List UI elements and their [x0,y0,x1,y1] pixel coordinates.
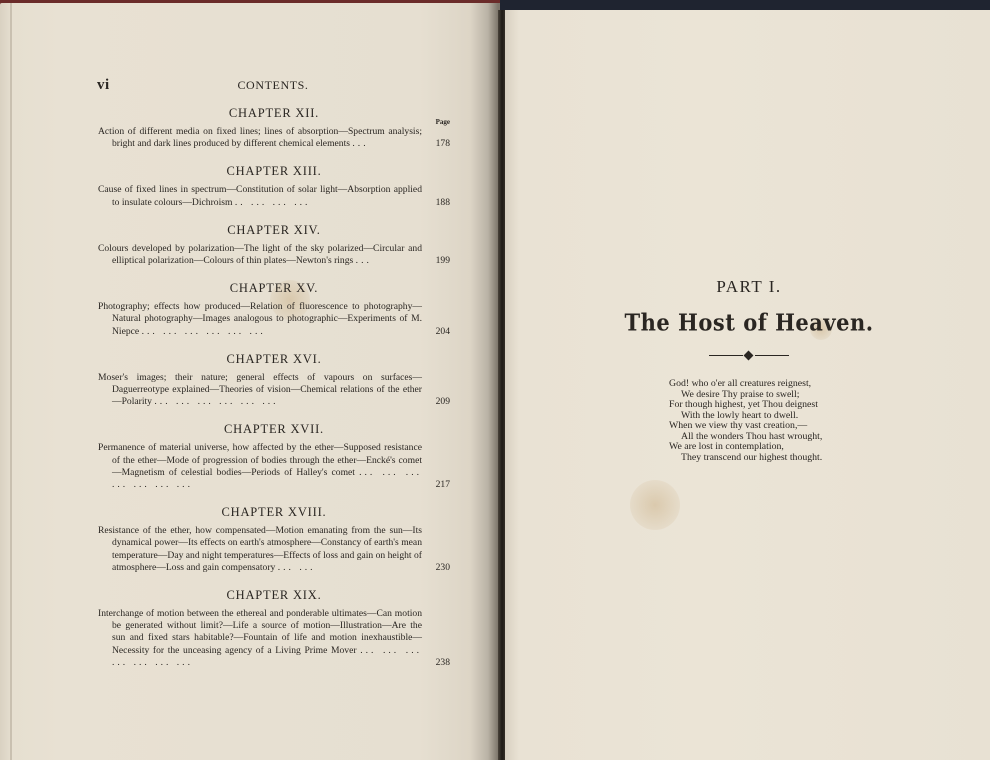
chapter-page-number: 238 [436,657,450,669]
chapter-heading: CHAPTER XIII. [98,163,450,179]
poem-line: They transcend our highest thought. [669,453,859,464]
dot-leaders: ... ... ... ... ... ... [154,396,278,407]
ornament-rule [755,355,789,356]
toc-chapter: CHAPTER XV. Photography; effects how pro… [98,280,450,338]
toc-entry: Permanence of material universe, how aff… [98,442,450,491]
toc-entry: Interchange of motion between the ethere… [98,608,450,669]
dot-leaders: ... ... ... ... ... ... [142,326,266,337]
running-head: vi CONTENTS. [97,77,449,93]
chapter-summary: Colours developed by polarization—The li… [98,243,422,266]
chapter-heading: CHAPTER XII. [98,105,450,121]
page-column-label: Page [436,118,450,126]
chapter-heading: CHAPTER XV. [98,280,450,296]
poem-line: God! who o'er all creatures reignest, [669,379,859,390]
toc-chapter: CHAPTER XVIII. Resistance of the ether, … [98,504,450,574]
chapter-heading: CHAPTER XVIII. [98,504,450,520]
dot-leaders: ... [356,255,372,266]
toc-chapter: CHAPTER XIV. Colours developed by polari… [98,222,450,267]
dot-leaders: ... ... [278,562,316,573]
chapter-page-number: 209 [436,396,450,408]
chapter-heading: CHAPTER XVII. [98,421,450,437]
running-title: CONTENTS. [97,78,449,93]
table-of-contents: CHAPTER XII. Page Action of different me… [98,105,450,669]
part-title: The Host of Heaven. [620,309,878,338]
chapter-summary: Resistance of the ether, how compensated… [98,525,422,573]
toc-chapter: CHAPTER XIII. Cause of fixed lines in sp… [98,163,450,208]
chapter-heading: CHAPTER XIX. [98,587,450,603]
dot-leaders: ... [352,138,368,149]
toc-entry: Cause of fixed lines in spectrum—Constit… [98,184,450,208]
chapter-heading: CHAPTER XIV. [98,222,450,238]
chapter-page-number: 199 [436,255,450,267]
epigraph-poem: God! who o'er all creatures reignest, We… [669,379,859,463]
toc-chapter: CHAPTER XVI. Moser's images; their natur… [98,351,450,409]
toc-chapter: CHAPTER XVII. Permanence of material uni… [98,421,450,491]
poem-line: We are lost in contemplation, [669,442,859,453]
chapter-page-number: 230 [436,562,450,574]
chapter-page-number: 188 [436,197,450,209]
toc-entry: Moser's images; their nature; general ef… [98,372,450,409]
toc-entry: Colours developed by polarization—The li… [98,243,450,267]
diamond-icon [744,351,754,361]
toc-chapter: CHAPTER XII. Page Action of different me… [98,105,450,150]
chapter-page-number: 217 [436,479,450,491]
ornament-divider-icon [709,352,789,360]
toc-entry: Photography; effects how produced—Relati… [98,301,450,338]
paper-stain [630,480,680,530]
chapter-heading: CHAPTER XVI. [98,351,450,367]
chapter-summary: Action of different media on fixed lines… [98,126,422,149]
toc-chapter: CHAPTER XIX. Interchange of motion betwe… [98,587,450,669]
poem-line: When we view thy vast creation,— [669,421,859,432]
poem-line: For though highest, yet Thou deignest [669,400,859,411]
toc-entry: Resistance of the ether, how compensated… [98,525,450,574]
part-number: PART I. [620,276,878,298]
toc-entry: Action of different media on fixed lines… [98,126,450,150]
part-title-block: PART I. The Host of Heaven. [620,276,878,360]
dot-leaders: .. ... ... ... [235,197,311,208]
ornament-rule [709,355,743,356]
chapter-page-number: 204 [436,326,450,338]
chapter-page-number: 178 [436,138,450,150]
